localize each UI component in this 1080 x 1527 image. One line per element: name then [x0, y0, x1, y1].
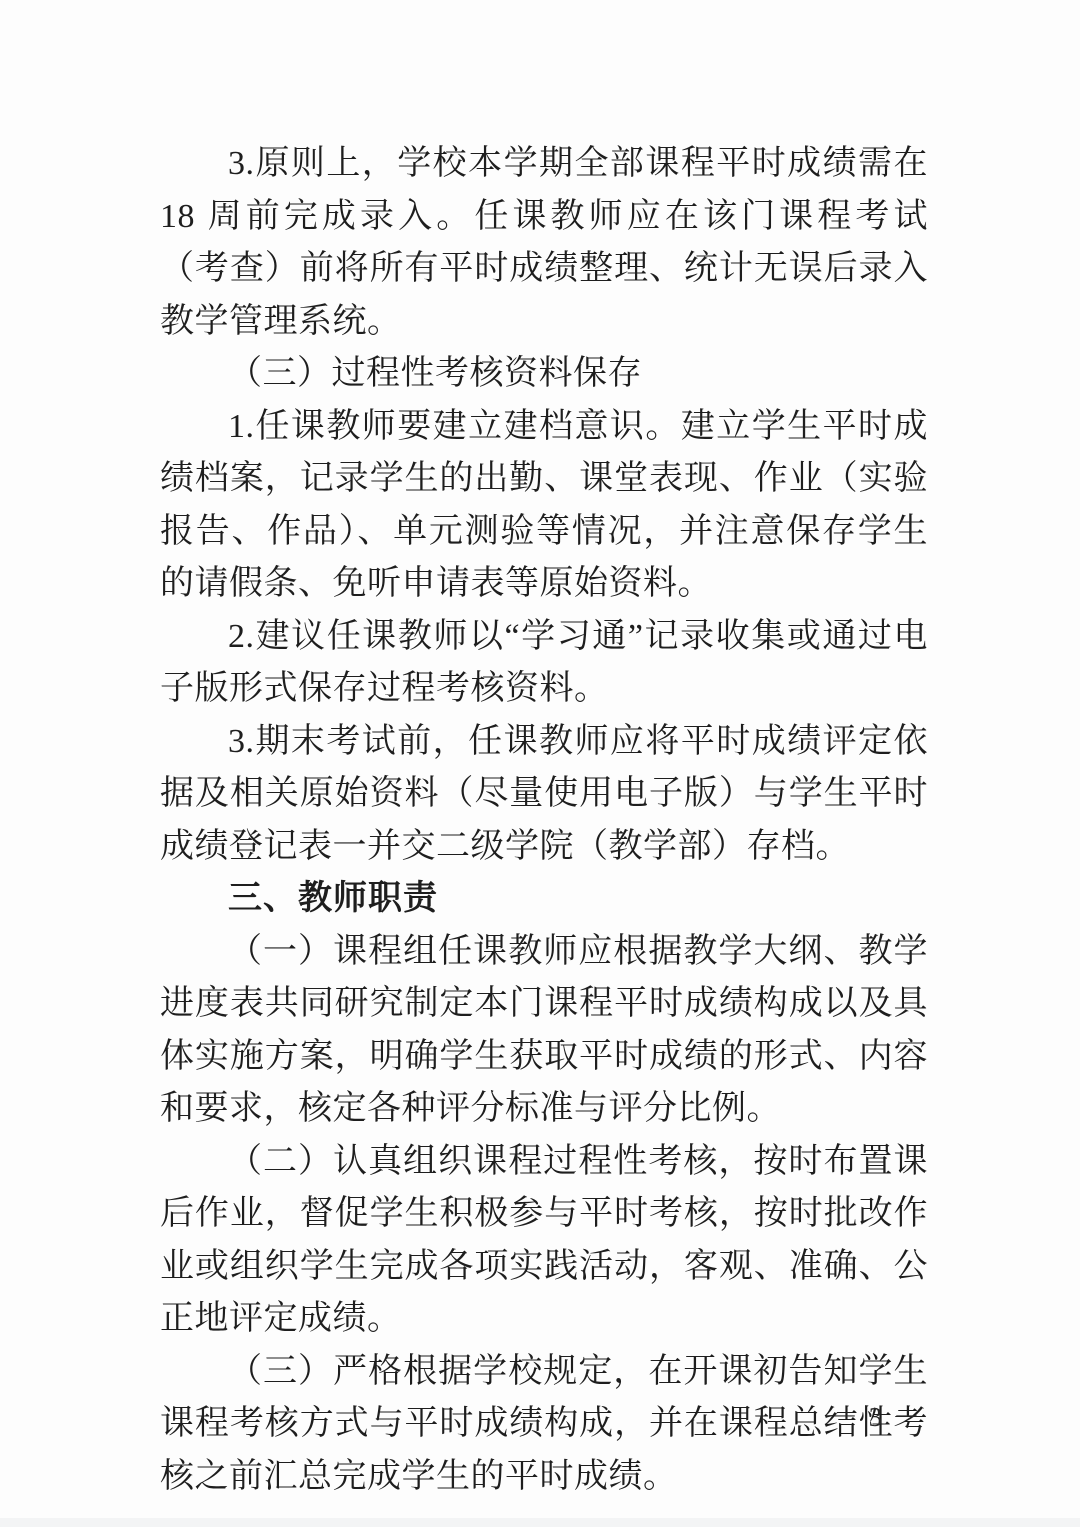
- document-page: 3.原则上，学校本学期全部课程平时成绩需在 18 周前完成录入。任课教师应在该门…: [0, 0, 1080, 1527]
- subsection-heading-process-assessment-archive: （三）过程性考核资料保存: [160, 348, 928, 401]
- paragraph-duty-three: （三）严格根据学校规定，在开课初告知学生课程考核方式与平时成绩构成，并在课程总结…: [160, 1346, 928, 1504]
- paragraph-before-final-exam: 3.期末考试前，任课教师应将平时成绩评定依据及相关原始资料（尽量使用电子版）与学…: [160, 716, 928, 874]
- page-number: － 3 －: [831, 1395, 922, 1434]
- scan-edge-shadow: [0, 1518, 1080, 1527]
- document-body: 3.原则上，学校本学期全部课程平时成绩需在 18 周前完成录入。任课教师应在该门…: [160, 138, 928, 1503]
- paragraph-grade-entry-deadline: 3.原则上，学校本学期全部课程平时成绩需在 18 周前完成录入。任课教师应在该门…: [160, 138, 928, 348]
- paragraph-archive-awareness: 1.任课教师要建立建档意识。建立学生平时成绩档案，记录学生的出勤、课堂表现、作业…: [160, 401, 928, 611]
- paragraph-duty-two: （二）认真组织课程过程性考核，按时布置课后作业，督促学生积极参与平时考核，按时批…: [160, 1136, 928, 1346]
- paragraph-xuexitong-recommendation: 2.建议任课教师以“学习通”记录收集或通过电子版形式保存过程考核资料。: [160, 611, 928, 716]
- section-heading-teacher-duties: 三、教师职责: [160, 873, 928, 926]
- paragraph-duty-one: （一）课程组任课教师应根据教学大纲、教学进度表共同研究制定本门课程平时成绩构成以…: [160, 926, 928, 1136]
